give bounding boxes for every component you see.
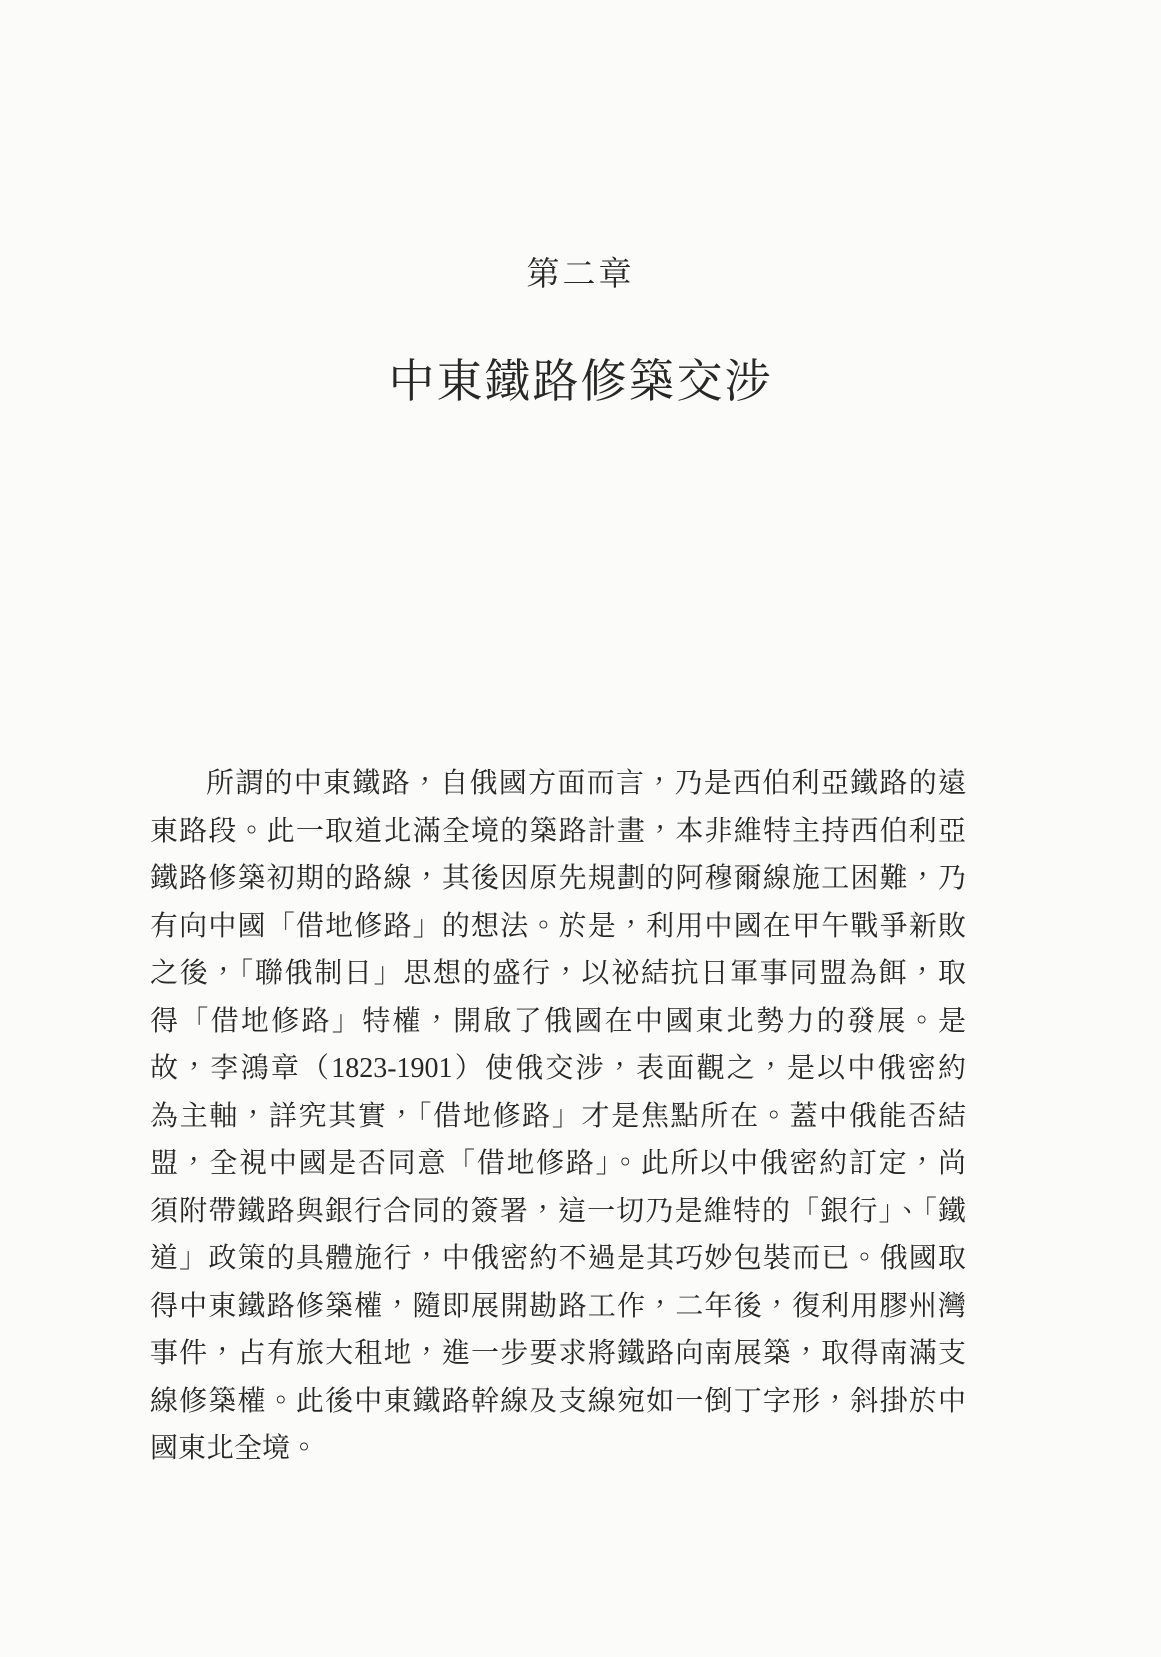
chapter-number: 第二章: [0, 0, 1161, 294]
paragraph-line: 線修築權。此後中東鐵路幹線及支線宛如一倒丁字形，斜掛於中: [150, 1378, 966, 1426]
paragraph-line: 國東北全境。: [150, 1425, 966, 1473]
paragraph-line: 之後，「聯俄制日」思想的盛行，以祕結抗日軍事同盟為餌，取: [150, 950, 966, 998]
book-page: 第二章 中東鐵路修築交涉 所謂的中東鐵路，自俄國方面而言，乃是西伯利亞鐵路的遠 …: [0, 0, 1161, 1657]
scanned-book-page-background: { "colors": { "paper": "#fbfbfa", "ink":…: [0, 0, 1161, 1657]
paragraph-line: 為主軸，詳究其實，「借地修路」才是焦點所在。蓋中俄能否結: [150, 1093, 966, 1141]
paragraph-line: 事件，占有旅大租地，進一步要求將鐵路向南展築，取得南滿支: [150, 1330, 966, 1378]
paragraph-line: 有向中國「借地修路」的想法。於是，利用中國在甲午戰爭新敗: [150, 903, 966, 951]
paragraph-line: 故，李鴻章（1823-1901）使俄交涉，表面觀之，是以中俄密約: [150, 1045, 966, 1093]
paragraph-line: 東路段。此一取道北滿全境的築路計畫，本非維特主持西伯利亞: [150, 808, 966, 856]
paragraph-line: 所謂的中東鐵路，自俄國方面而言，乃是西伯利亞鐵路的遠: [150, 760, 966, 808]
paragraph: 所謂的中東鐵路，自俄國方面而言，乃是西伯利亞鐵路的遠 東路段。此一取道北滿全境的…: [150, 760, 966, 1473]
paragraph-line: 盟，全視中國是否同意「借地修路」。此所以中俄密約訂定，尚: [150, 1140, 966, 1188]
paragraph-line: 道」政策的具體施行，中俄密約不過是其巧妙包裝而已。俄國取: [150, 1235, 966, 1283]
paragraph-line: 得中東鐵路修築權，隨即展開勘路工作，二年後，復利用膠州灣: [150, 1283, 966, 1331]
paragraph-line: 鐵路修築初期的路線，其後因原先規劃的阿穆爾線施工困難，乃: [150, 855, 966, 903]
chapter-title: 中東鐵路修築交涉: [0, 356, 1161, 408]
paragraph-line: 須附帶鐵路與銀行合同的簽署，這一切乃是維特的「銀行」、「鐵: [150, 1188, 966, 1236]
paragraph-line: 得「借地修路」特權，開啟了俄國在中國東北勢力的發展。是: [150, 998, 966, 1046]
